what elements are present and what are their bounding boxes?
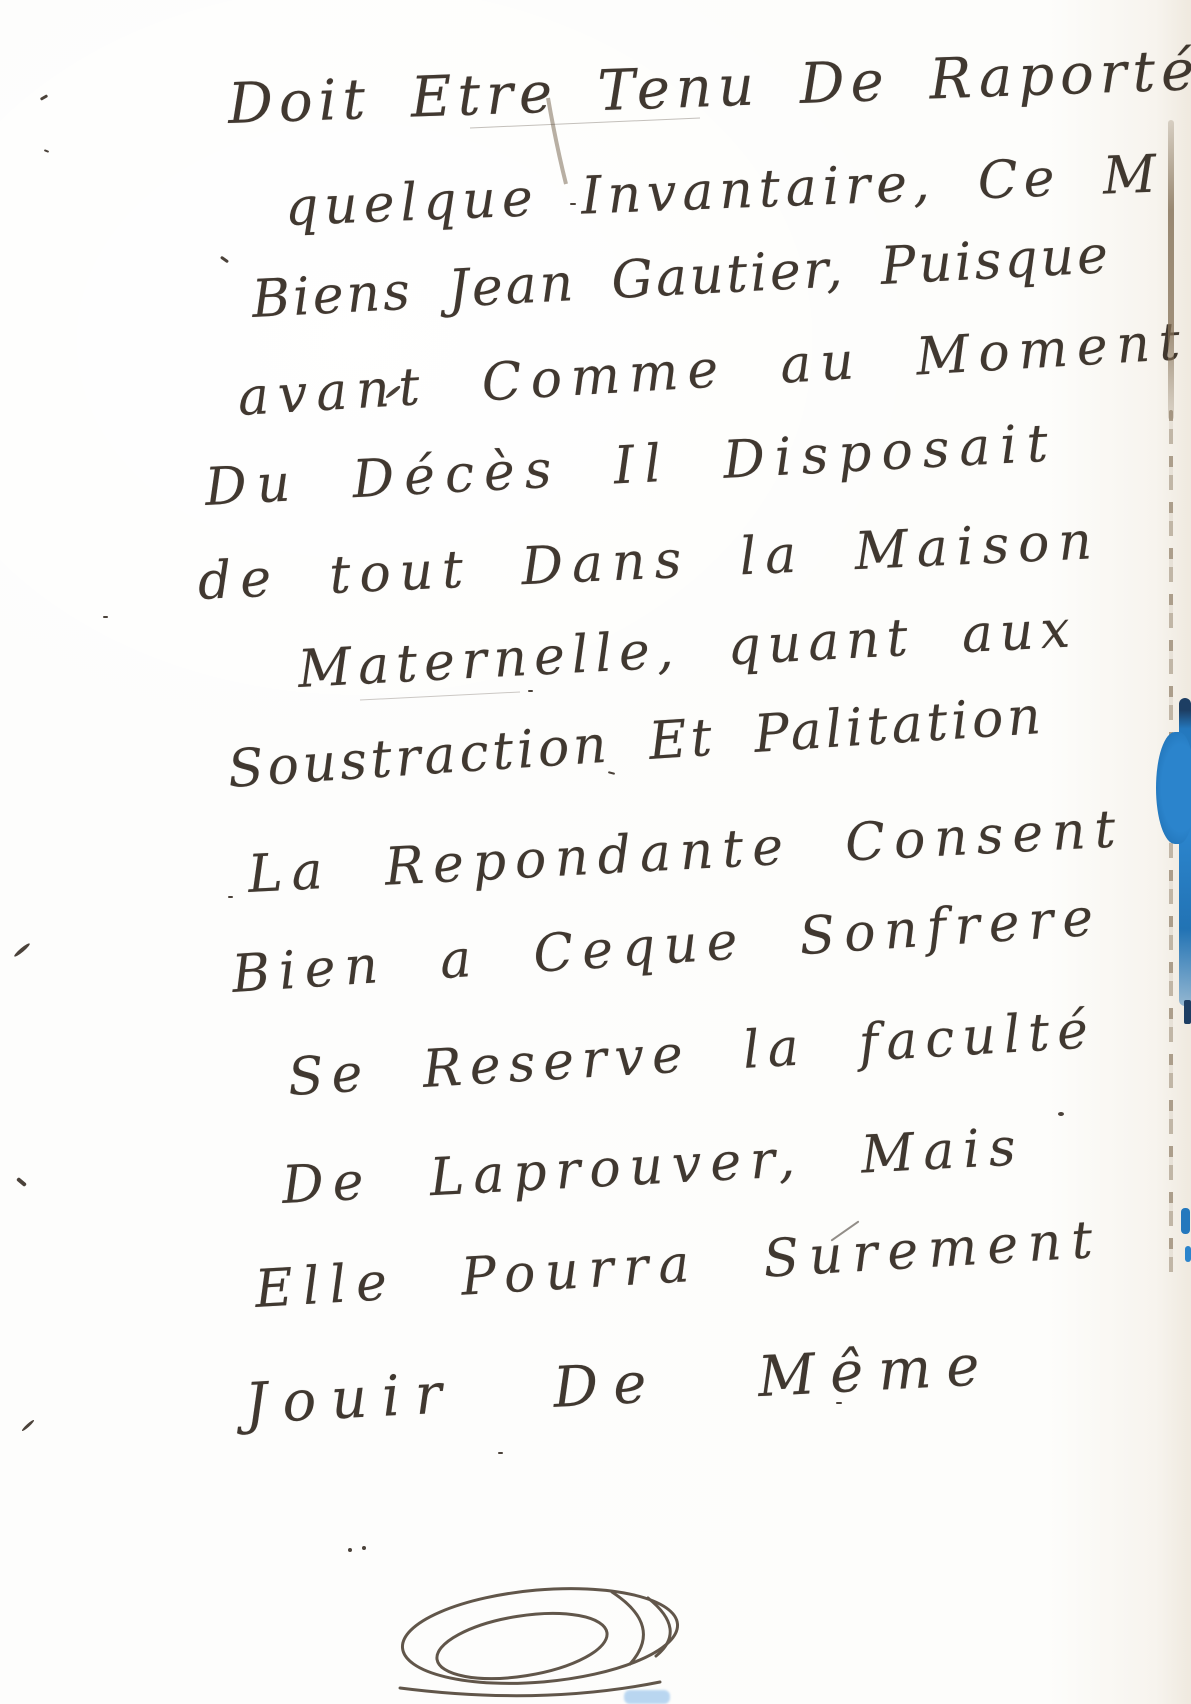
blue-ink-stain-bulge [1156, 732, 1191, 844]
manuscript-page: Doit Etre Tenu De Raporté quelque Invant… [0, 0, 1191, 1704]
ink-flourish-swirl [0, 0, 1191, 1704]
fold-crease-line [1169, 410, 1173, 1280]
blue-ink-stain-small-lower2 [1185, 1246, 1191, 1262]
fold-crease-line-top [1168, 120, 1174, 420]
blue-ink-stain-small-upper [1184, 1000, 1191, 1024]
blue-ink-stain-small-lower [1181, 1208, 1190, 1234]
blue-smudge-bottom [624, 1690, 670, 1704]
